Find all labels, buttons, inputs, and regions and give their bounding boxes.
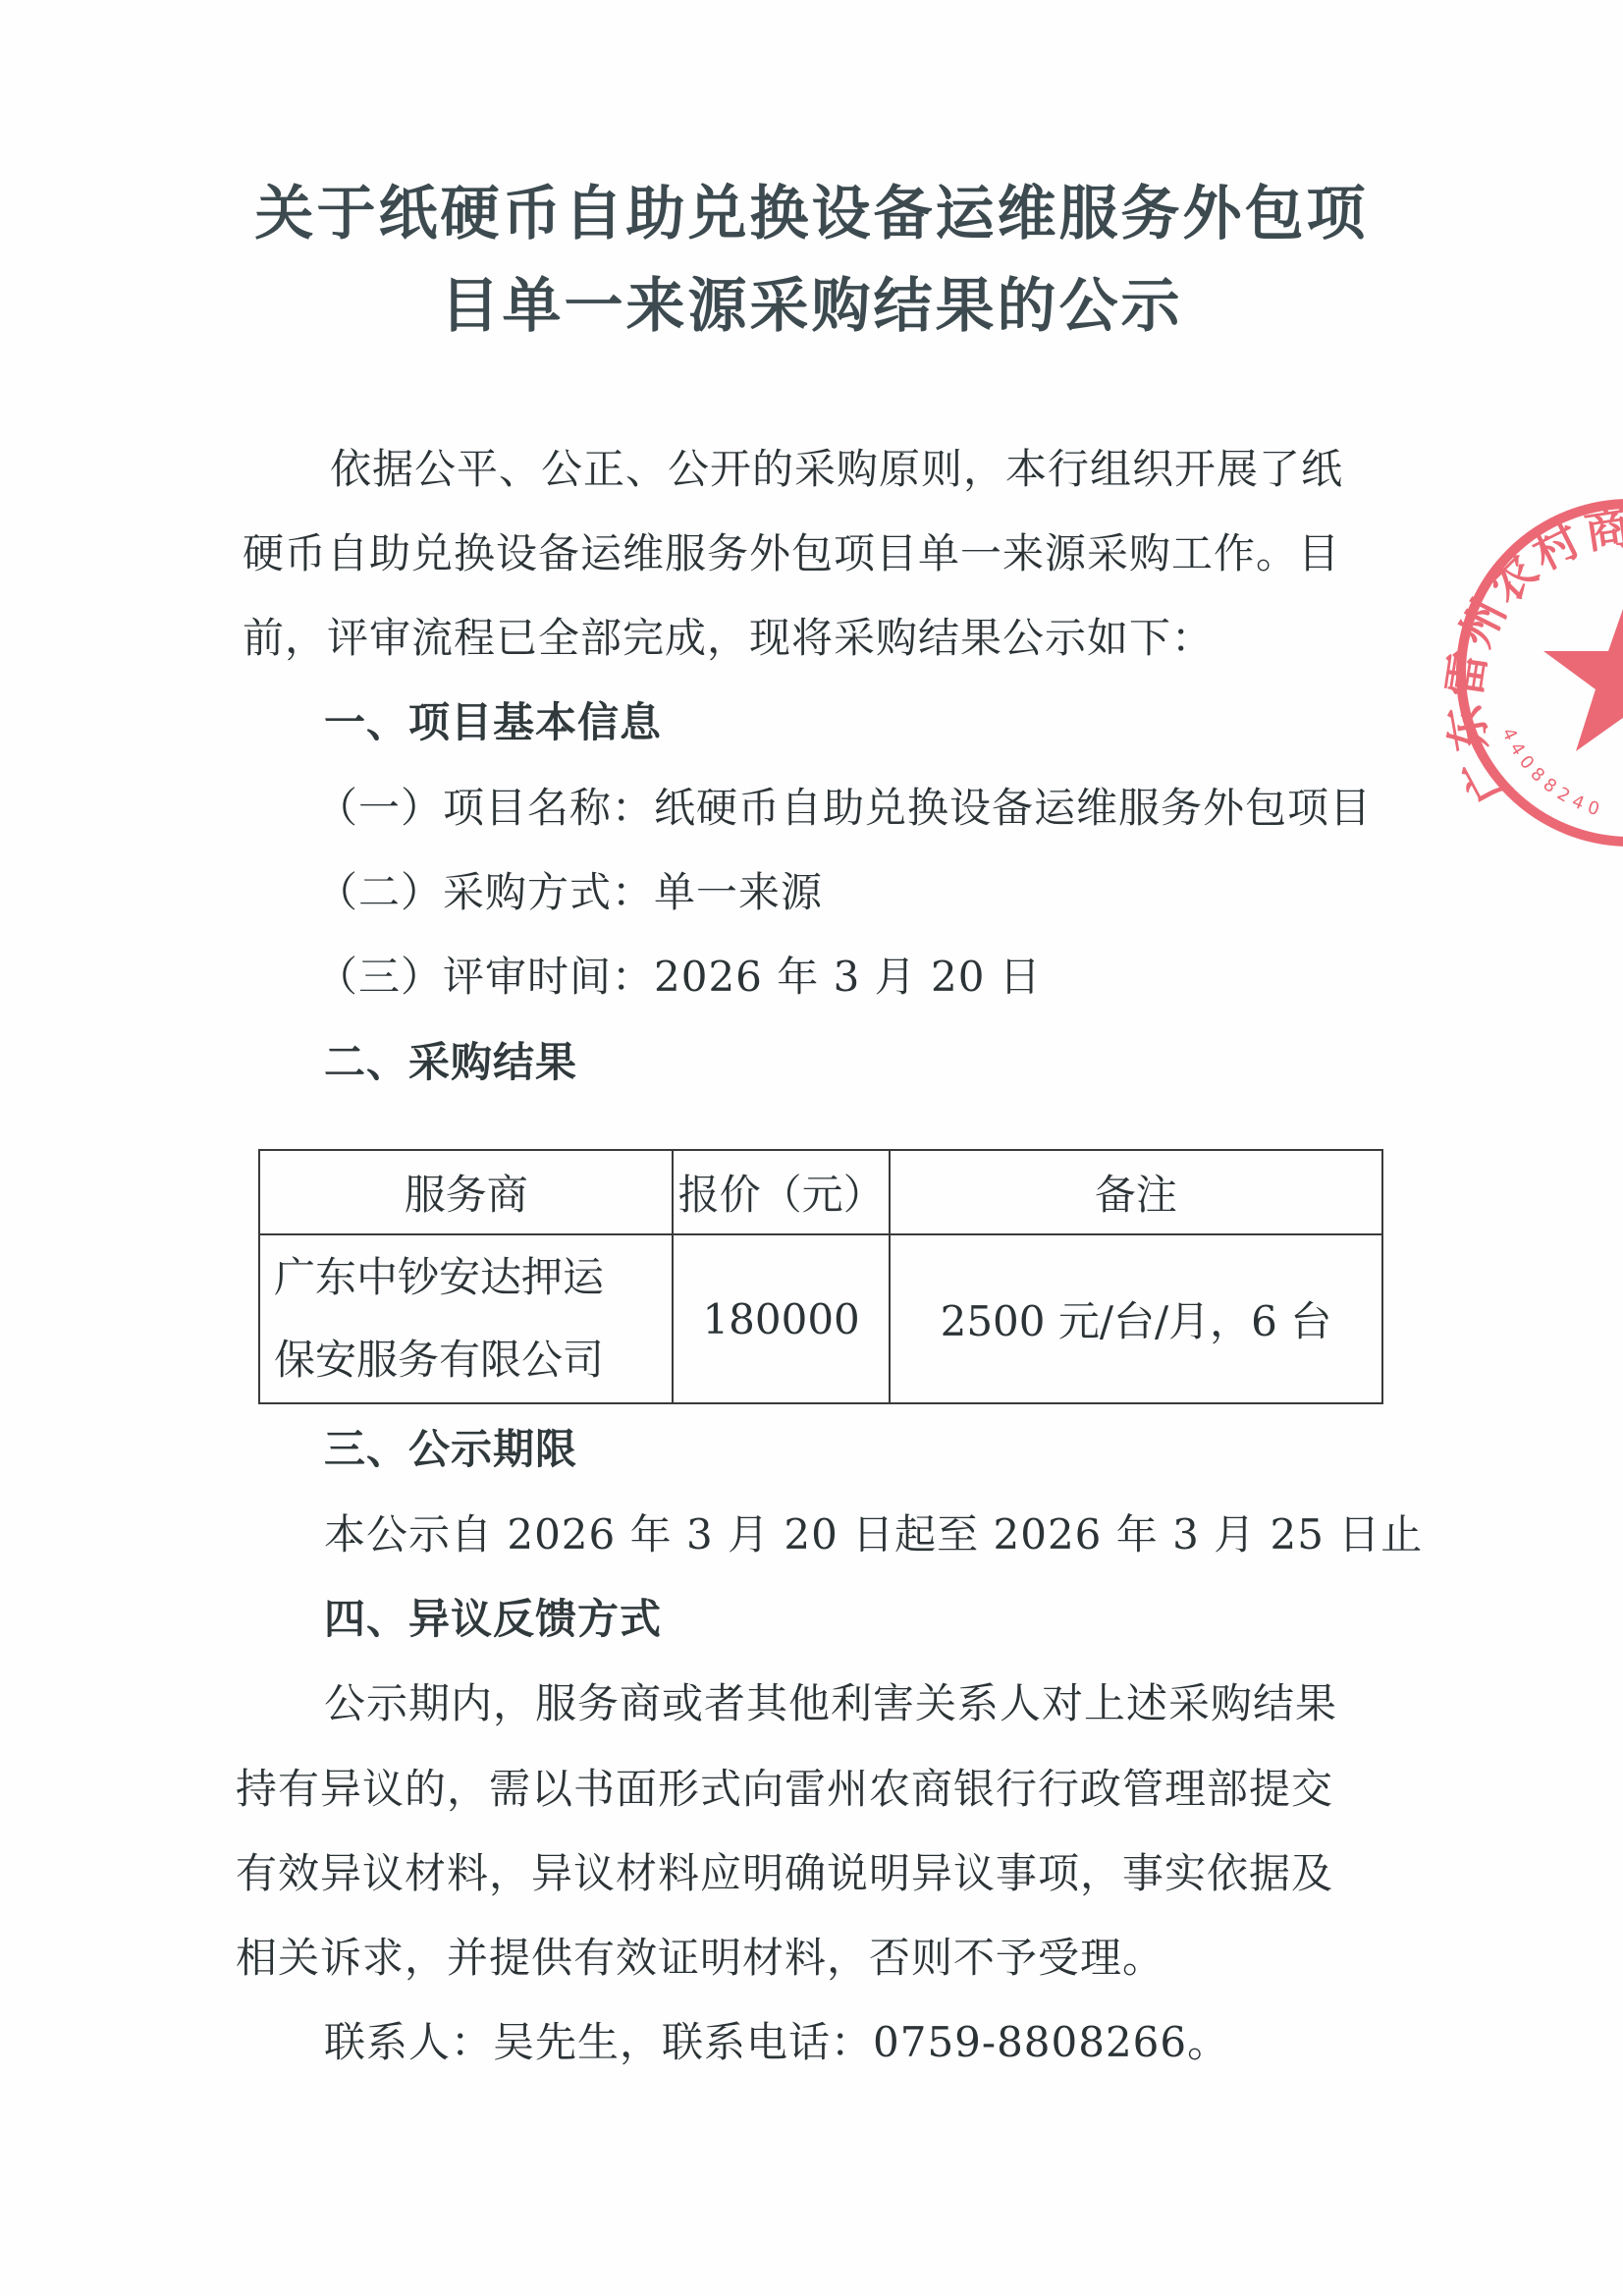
- price-cell: 180000: [673, 1234, 889, 1403]
- vendor-cell: 广东中钞安达押运 保安服务有限公司: [259, 1234, 673, 1403]
- objection-line-1: 公示期内，服务商或者其他利害关系人对上述采购结果: [324, 1678, 1337, 1729]
- section-1-heading: 一、项目基本信息: [324, 697, 662, 748]
- objection-line-2: 持有异议的，需以书面形式向雷州农商银行行政管理部提交: [236, 1764, 1333, 1815]
- document-title-line-1: 关于纸硬币自助兑换设备运维服务外包项: [0, 179, 1623, 249]
- table-header-row: 服务商 报价（元） 备注: [259, 1150, 1382, 1234]
- document-page: 关于纸硬币自助兑换设备运维服务外包项 目单一来源采购结果的公示 依据公平、公正、…: [0, 0, 1623, 2296]
- document-title-line-2: 目单一来源采购结果的公示: [0, 271, 1623, 342]
- project-name-item: （一）项目名称：纸硬币自助兑换设备运维服务外包项目: [316, 783, 1372, 834]
- note-cell: 2500 元/台/月，6 台: [890, 1234, 1382, 1403]
- section-2-heading: 二、采购结果: [324, 1037, 577, 1088]
- header-note: 备注: [890, 1150, 1382, 1234]
- table-row: 广东中钞安达押运 保安服务有限公司 180000 2500 元/台/月，6 台: [259, 1234, 1382, 1403]
- review-date-item: （三）评审时间：2026 年 3 月 20 日: [316, 952, 1042, 1003]
- publicity-period-text: 本公示自 2026 年 3 月 20 日起至 2026 年 3 月 25 日止: [324, 1509, 1423, 1560]
- vendor-name-line-2: 保安服务有限公司: [274, 1319, 672, 1401]
- header-price: 报价（元）: [673, 1150, 889, 1234]
- official-seal-stamp: 广东雷州农村商业银行 44088240: [1443, 496, 1623, 869]
- intro-line-1: 依据公平、公正、公开的采购原则，本行组织开展了纸: [330, 444, 1343, 495]
- vendor-name-line-1: 广东中钞安达押运: [274, 1236, 672, 1319]
- contact-info: 联系人：吴先生，联系电话：0759-8808266。: [324, 2017, 1229, 2068]
- section-3-heading: 三、公示期限: [324, 1424, 577, 1475]
- header-vendor: 服务商: [259, 1150, 673, 1234]
- intro-line-2: 硬币自助兑换设备运维服务外包项目单一来源采购工作。目: [243, 528, 1340, 579]
- seal-star-icon: [1543, 589, 1623, 751]
- objection-line-3: 有效异议材料，异议材料应明确说明异议事项，事实依据及: [236, 1848, 1333, 1899]
- objection-line-4: 相关诉求，并提供有效证明材料，否则不予受理。: [236, 1933, 1164, 1984]
- section-4-heading: 四、异议反馈方式: [324, 1594, 662, 1645]
- procurement-result-table: 服务商 报价（元） 备注 广东中钞安达押运 保安服务有限公司 180000 25…: [258, 1149, 1383, 1404]
- procurement-method-item: （二）采购方式：单一来源: [316, 867, 823, 918]
- intro-line-3: 前，评审流程已全部完成，现将采购结果公示如下：: [243, 613, 1214, 664]
